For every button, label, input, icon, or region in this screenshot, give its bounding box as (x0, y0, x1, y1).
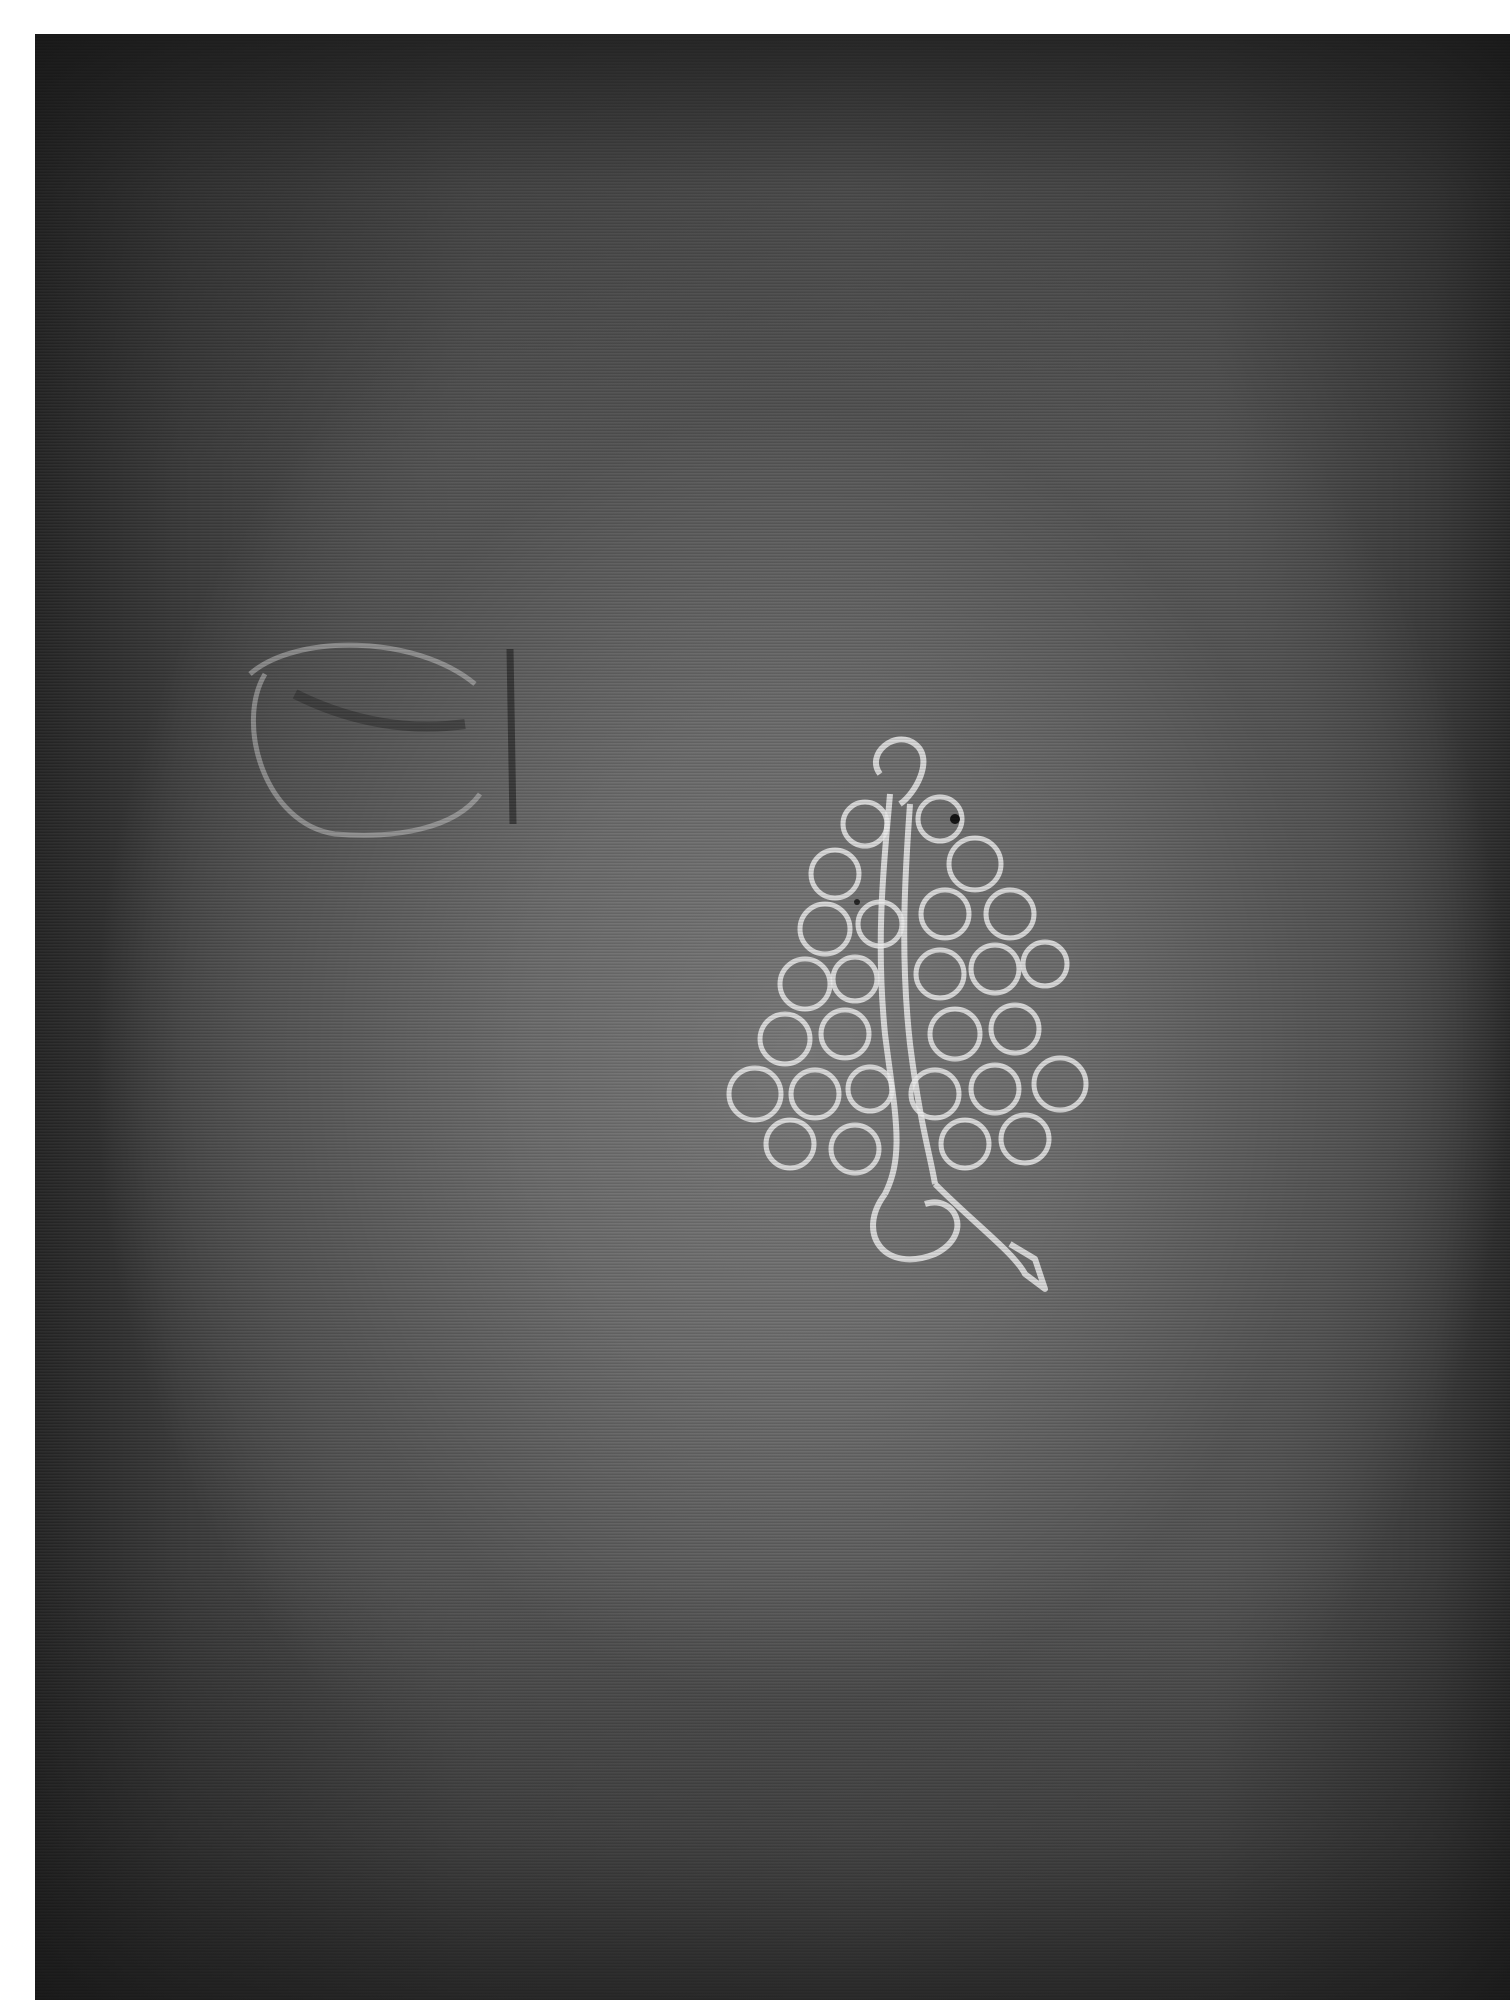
ruler-horizontal (0, 0, 1510, 34)
vignette-shading (35, 34, 1510, 2000)
manuscript-scan (35, 34, 1510, 2000)
ruler-vertical (0, 0, 35, 2000)
